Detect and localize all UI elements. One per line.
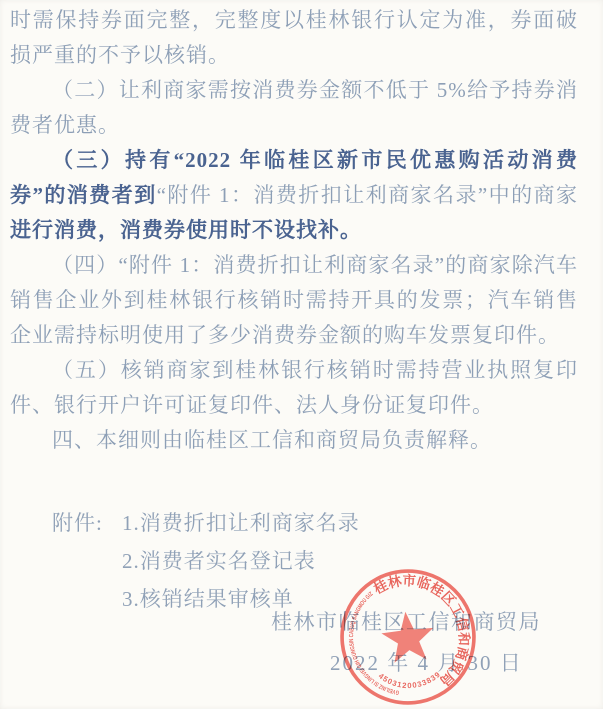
attachment-item: 1.消费折扣让利商家名录 <box>122 504 360 542</box>
seal-star-icon <box>379 609 436 664</box>
paragraph-text: （五）核销商家到桂林银行核销时需持营业执照复印件、银行开户许可证复印件、法人身份… <box>10 358 578 417</box>
paragraph-item-2: （二）让利商家需按消费券金额不低于 5%给予持券消费者优惠。 <box>10 73 578 143</box>
paragraph-item-4: （四）“附件 1：消费折扣让利商家名录”的商家除汽车销售企业外到桂林银行核销时需… <box>10 248 578 353</box>
paragraph-text-bold: 进行消费，消费券使用时不设找补。 <box>10 218 362 242</box>
paragraph-continuation: 时需保持券面完整，完整度以桂林银行认定为准，券面破损严重的不予以核销。 <box>10 3 578 73</box>
paragraph-text: “附件 1：消费折扣让利商家名录”中的商家 <box>157 183 578 207</box>
attachments-label: 附件: <box>52 504 103 542</box>
paragraph-section-4: 四、本细则由临桂区工信和商贸局负责解释。 <box>10 423 578 458</box>
paragraph-text: 四、本细则由临桂区工信和商贸局负责解释。 <box>52 428 492 452</box>
paragraph-text: （四）“附件 1：消费折扣让利商家名录”的商家除汽车销售企业外到桂林银行核销时需… <box>10 253 578 347</box>
paragraph-text: （二）让利商家需按消费券金额不低于 5%给予持券消费者优惠。 <box>10 78 578 137</box>
attachments-list: 附件: 1.消费折扣让利商家名录 2.消费者实名登记表 3.核销结果审核单 <box>10 504 578 622</box>
scanned-document-page: 时需保持券面完整，完整度以桂林银行认定为准，券面破损严重的不予以核销。 （二）让… <box>0 0 603 709</box>
seal-graphic: 桂林市临桂区工信和商贸局 GVEILINZ SI LINGVEI GIH GUN… <box>330 559 486 709</box>
paragraph-item-5: （五）核销商家到桂林银行核销时需持营业执照复印件、银行开户许可证复印件、法人身份… <box>10 353 578 423</box>
attachment-item: 2.消费者实名登记表 <box>122 542 360 580</box>
official-seal: 桂林市临桂区工信和商贸局 GVEILINZ SI LINGVEI GIH GUN… <box>330 559 486 709</box>
document-body: 时需保持券面完整，完整度以桂林银行认定为准，券面破损严重的不予以核销。 （二）让… <box>10 3 578 622</box>
paragraph-item-3: （三）持有“2022 年临桂区新市民优惠购活动消费券”的消费者到“附件 1：消费… <box>10 143 578 248</box>
paragraph-text: 时需保持券面完整，完整度以桂林银行认定为准，券面破损严重的不予以核销。 <box>10 8 578 67</box>
attachments-items: 1.消费折扣让利商家名录 2.消费者实名登记表 3.核销结果审核单 <box>122 504 360 618</box>
